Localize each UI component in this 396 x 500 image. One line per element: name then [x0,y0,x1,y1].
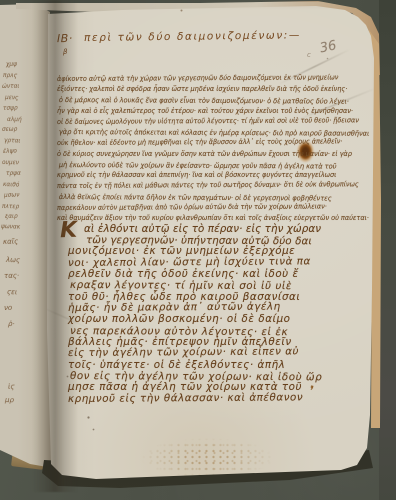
text-fragment: ώνται [2,84,19,90]
chapter-number: ΙΒ· [57,32,73,45]
commentary-line: ὁ δὲ κύριος συνεχώρησεν ἵνα γνῶμεν ὅσην … [57,150,352,158]
text-fragment: ἐλψο [3,149,17,155]
commentary-line: οὐκ ἤθελον· καὶ ἐδέοντο μὴ πεμφθῆναι εἰς… [57,137,342,147]
commentary-line: μὴ ἐκωλύοντο οὐδὲ τῶν χοίρων ἂν ἐφείσαντ… [59,161,337,171]
commentary-line: καὶ θαυμάζειν ἄξιον τὴν τοῦ κυρίου φιλαν… [57,214,369,222]
manuscript-page-folio-36: ΙΒ· β περὶ τῶν δύο δαιμονιζομένων:— 36 ϲ… [0,0,396,500]
text-fragment: μσων [4,192,20,199]
gospel-line: αὶ ἐλθόντι αὐτῷ εἰς τὸ πέραν· εἰς τὴν χώ… [68,223,321,235]
commentary-line: παρεκάλουν αὐτὸν μεταβῆναι ἀπὸ τῶν ὁρίων… [57,202,327,212]
ink-specks [0,0,1,1]
text-fragment: μρ [5,396,14,404]
background-right-strip [379,0,396,500]
text-fragment: ψωνακ [1,224,20,231]
text-fragment: ϛει [7,288,18,296]
text-fragment: λως [6,256,20,264]
commentary-line: ἐξιόντες· χαλεποὶ δὲ σφόδρα ἦσαν ὥστε μη… [57,85,347,93]
text-fragment: πλτερ [2,204,19,210]
text-fragment: ῥ· [8,320,15,328]
page-content: ΙΒ· β περὶ τῶν δύο δαιμονιζομένων:— 36 ϲ… [0,0,396,500]
commentary-line: ἀλλὰ θεϊκῶς ἐποίει πάντα δῆλον ἐκ τῶν πρ… [59,193,332,203]
commentary-line: ἀφίκοντο αὐτῷ κατὰ τὴν χώραν τῶν γεργεση… [57,73,338,83]
text-fragment: γρται [4,138,21,145]
folio-side-mark: ϲ [307,51,311,59]
commentary-line: ἦν γὰρ καὶ ὁ εἷς χαλεπώτερος τοῦ ἑτέρου·… [57,107,353,115]
ink-blot-mark: ❜ [307,384,315,400]
commentary-line: οἱ δὲ δαίμονες ὡμολόγουν τὴν υἱότητα αὐτ… [57,116,359,126]
text-fragment: ουμεν [2,160,19,166]
gospel-line: χοίρων πολλῶν βοσκομένη· οἱ δὲ δαίμο [68,313,291,325]
text-fragment: σεωρ [2,127,17,133]
commentary-line: κρημνοῦ εἰς τὴν θάλασσαν καὶ ἀπεπνίγη· ἵ… [57,171,336,179]
quire-mark: β [63,48,67,56]
commentary-line: πάντα τοῖς ἐν τῇ πόλει καὶ μάθωσι πάντες… [57,180,359,190]
text-fragment: ἰϛ [8,383,15,391]
manuscript-photo-scene: χμψπρλϛώνταιμενςτσψραλμήσεωργρταιἐλψοουμ… [0,0,396,500]
text-fragment: καῖς [3,237,18,246]
text-fragment: καιθό [3,182,19,189]
text-fragment: αλμή [7,117,22,123]
gospel-line: ρελθεῖν διὰ τῆς ὁδοῦ ἐκείνης· καὶ ἰδοὺ ἔ [68,268,299,280]
commentary-line: ὁ δὲ μάρκος καὶ ὁ λουκᾶς ἕνα φασὶν εἶναι… [59,96,349,106]
gospel-line: τοῖς· ὑπάγετε· οἱ δὲ ἐξελθόντες· ἀπῆλ [68,359,285,371]
text-fragment: χμψ [6,62,17,68]
text-fragment: μενς [5,95,19,101]
gospel-line: εἰς τὴν ἀγέλην τῶν χοίρων· καὶ εἶπεν αὐ [68,346,299,360]
text-fragment: τσψρ [3,105,18,112]
chapter-title: περὶ τῶν δύο δαιμονιζομένων:— [84,29,301,44]
text-fragment: νο [4,304,12,312]
gospel-line: νοι· χαλεποὶ λίαν· ὥστε μὴ ἰσχύειν τινὰ … [68,255,311,269]
text-fragment: τρψα [6,171,21,177]
text-fragment: τας· [4,272,19,280]
gospel-line: κρημνοῦ εἰς τὴν θάλασσαν· καὶ ἀπέθανον [68,391,303,405]
gospel-line: ἡμᾶς· ἦν δὲ μακρὰν ἀπ᾽ αὐτῶν ἀγέλη [68,300,281,313]
text-fragment: ξαιρ [5,214,18,220]
text-fragment: πρλϛ [3,73,17,79]
folio-number: 36 [319,38,338,56]
